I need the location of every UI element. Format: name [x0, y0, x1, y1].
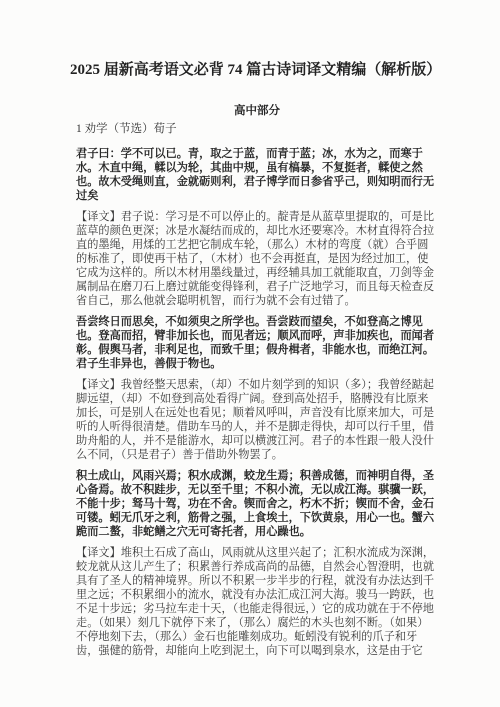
translation-paragraph-3: 【译文】堆积土石成了高山，风雨就从这里兴起了；汇积水流成为深渊，蛟龙就从这儿产生… — [76, 546, 438, 658]
original-text-paragraph-2: 吾尝终日而思矣，不如须臾之所学也。吾尝跂而望矣，不如登高之博见也。登高而招，臂非… — [76, 315, 438, 371]
original-text-paragraph-1: 君子曰：学不可以已。青，取之于蓝，而青于蓝；冰，水为之，而寒于水。木直中绳，輮以… — [76, 147, 438, 203]
translation-paragraph-2: 【译文】我曾经整天思索，（却）不如片刻学到的知识（多）；我曾经踮起脚远望，（却）… — [76, 378, 438, 462]
original-text-paragraph-3: 积土成山，风雨兴焉；积水成渊，蛟龙生焉；积善成德，而神明自得，圣心备焉。故不积跬… — [76, 469, 438, 539]
lesson-heading: 1 劝学（节选）荀子 — [76, 122, 438, 136]
translation-paragraph-1: 【译文】君子说：学习是不可以停止的。靛青是从蓝草里提取的，可是比蓝草的颜色更深；… — [76, 210, 438, 308]
document-title: 2025 届新高考语文必背 74 篇古诗词译文精编（解析版） — [70, 60, 438, 80]
part-heading: 高中部分 — [76, 104, 438, 118]
document-page: 2025 届新高考语文必背 74 篇古诗词译文精编（解析版） 高中部分 1 劝学… — [0, 0, 500, 707]
